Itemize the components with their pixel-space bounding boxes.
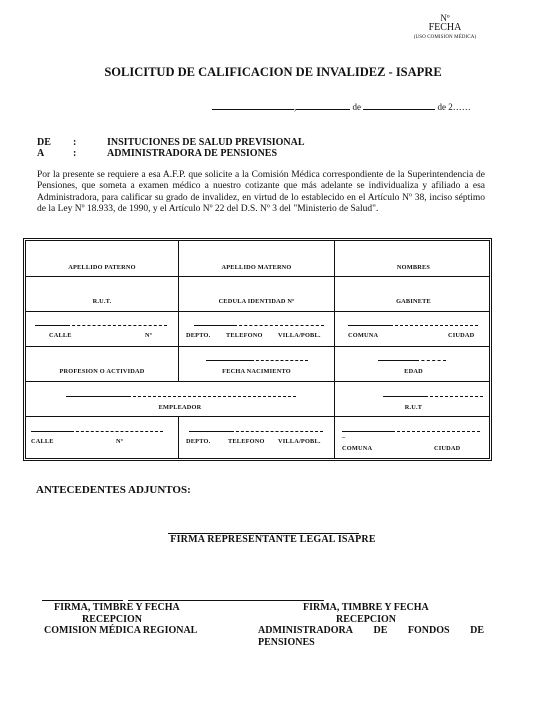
depto-label: DEPTO. (186, 332, 210, 339)
applicant-data-table: APELLIDO PATERNO APELLIDO MATERNO NOMBRE… (23, 238, 492, 461)
rut-label: R.U.T. (26, 298, 178, 305)
afp-word: DE (374, 625, 388, 637)
comuna-ciudad-field[interactable] (390, 325, 478, 326)
villa-label: VILLA/POBL. (278, 332, 321, 339)
empleador-depto-telefono-field[interactable] (231, 431, 323, 432)
fecha-nacimiento-field[interactable] (251, 360, 308, 361)
edad-label: EDAD (335, 368, 492, 375)
commission-recepcion-label: RECEPCION (42, 614, 232, 626)
commission-name-label: COMISION MÉDICA REGIONAL (42, 625, 232, 637)
afp-name-label-2: PENSIONES (258, 637, 484, 649)
afp-word: FONDOS (408, 625, 450, 637)
fecha-label: FECHA (400, 23, 490, 33)
request-paragraph: Por la presente se requiere a esa A.F.P.… (37, 170, 485, 215)
routing-key: DE (37, 137, 73, 148)
empleador-field[interactable] (128, 396, 296, 397)
fecha-nacimiento-label: FECHA NACIMIENTO (179, 368, 334, 375)
gabinete-label: GABINETE (335, 298, 492, 305)
empleador-telefono-label: TELEFONO (228, 438, 265, 445)
empleador-label: EMPLEADOR (26, 404, 334, 411)
isapre-signature-label: FIRMA REPRESENTANTE LEGAL ISAPRE (0, 534, 546, 545)
date-line: , de de 2…… (212, 101, 471, 112)
dash-mark: – (342, 434, 345, 441)
afp-firma-label: FIRMA, TIMBRE Y FECHA (258, 602, 484, 614)
afp-word: DE (470, 625, 484, 637)
comuna-label: COMUNA (348, 332, 378, 339)
empleador-comuna-ciudad-field[interactable] (392, 431, 480, 432)
routing-value: ADMINISTRADORA DE PENSIONES (107, 148, 277, 159)
afp-signature-block: FIRMA, TIMBRE Y FECHA RECEPCION ADMINIST… (258, 602, 484, 648)
antecedentes-heading: ANTECEDENTES ADJUNTOS: (36, 484, 191, 496)
page-title: SOLICITUD DE CALIFICACION DE INVALIDEZ -… (0, 65, 546, 80)
uso-comision-label: (USO COMISION MÉDICA) (400, 33, 490, 43)
edad-field[interactable] (416, 360, 446, 361)
empleador-villa-label: VILLA/POBL. (278, 438, 321, 445)
medical-commission-stamp: Nº FECHA (USO COMISION MÉDICA) (400, 13, 490, 43)
afp-recepcion-label: RECEPCION (258, 614, 484, 626)
date-de-label: de (353, 102, 362, 112)
routing-value: INSITUCIONES DE SALUD PREVISIONAL (107, 137, 305, 148)
profesion-label: PROFESION O ACTIVIDAD (26, 368, 178, 375)
place-field[interactable] (212, 101, 294, 110)
commission-signature-line[interactable] (42, 600, 123, 601)
cedula-label: CEDULA IDENTIDAD Nº (179, 298, 334, 305)
empleador-ciudad-label: CIUDAD (434, 445, 460, 452)
afp-word: ADMINISTRADORA (258, 625, 353, 637)
day-field[interactable] (296, 101, 350, 110)
rut-empleador-label: R.U.T (335, 404, 492, 411)
calle-field[interactable] (67, 325, 167, 326)
calle-label: CALLE (49, 332, 72, 339)
rut-empleador-field[interactable] (425, 396, 483, 397)
numero-label: Nº (145, 332, 152, 339)
year-label: de 2…… (438, 102, 471, 112)
nombres-label: NOMBRES (335, 264, 492, 271)
afp-signature-line[interactable] (128, 600, 324, 601)
empleador-depto-label: DEPTO. (186, 438, 210, 445)
commission-signature-block: FIRMA, TIMBRE Y FECHA RECEPCION COMISION… (42, 602, 232, 637)
routing-from: DE : INSITUCIONES DE SALUD PREVISIONAL (37, 137, 305, 148)
empleador-calle-label: CALLE (31, 438, 54, 445)
apellido-paterno-label: APELLIDO PATERNO (26, 264, 178, 271)
commission-firma-label: FIRMA, TIMBRE Y FECHA (42, 602, 232, 614)
depto-telefono-field[interactable] (234, 325, 324, 326)
routing-sep: : (73, 148, 107, 159)
routing-block: DE : INSITUCIONES DE SALUD PREVISIONAL A… (37, 137, 305, 159)
routing-key: A (37, 148, 73, 159)
apellido-materno-label: APELLIDO MATERNO (179, 264, 334, 271)
afp-name-label: ADMINISTRADORA DE FONDOS DE (258, 625, 484, 637)
empleador-numero-label: Nº (116, 438, 123, 445)
ciudad-label: CIUDAD (448, 332, 474, 339)
month-field[interactable] (363, 101, 435, 110)
routing-to: A : ADMINISTRADORA DE PENSIONES (37, 148, 305, 159)
routing-sep: : (73, 137, 107, 148)
telefono-label: TELEFONO (226, 332, 263, 339)
empleador-calle-field[interactable] (71, 431, 163, 432)
empleador-comuna-label: COMUNA (342, 445, 372, 452)
